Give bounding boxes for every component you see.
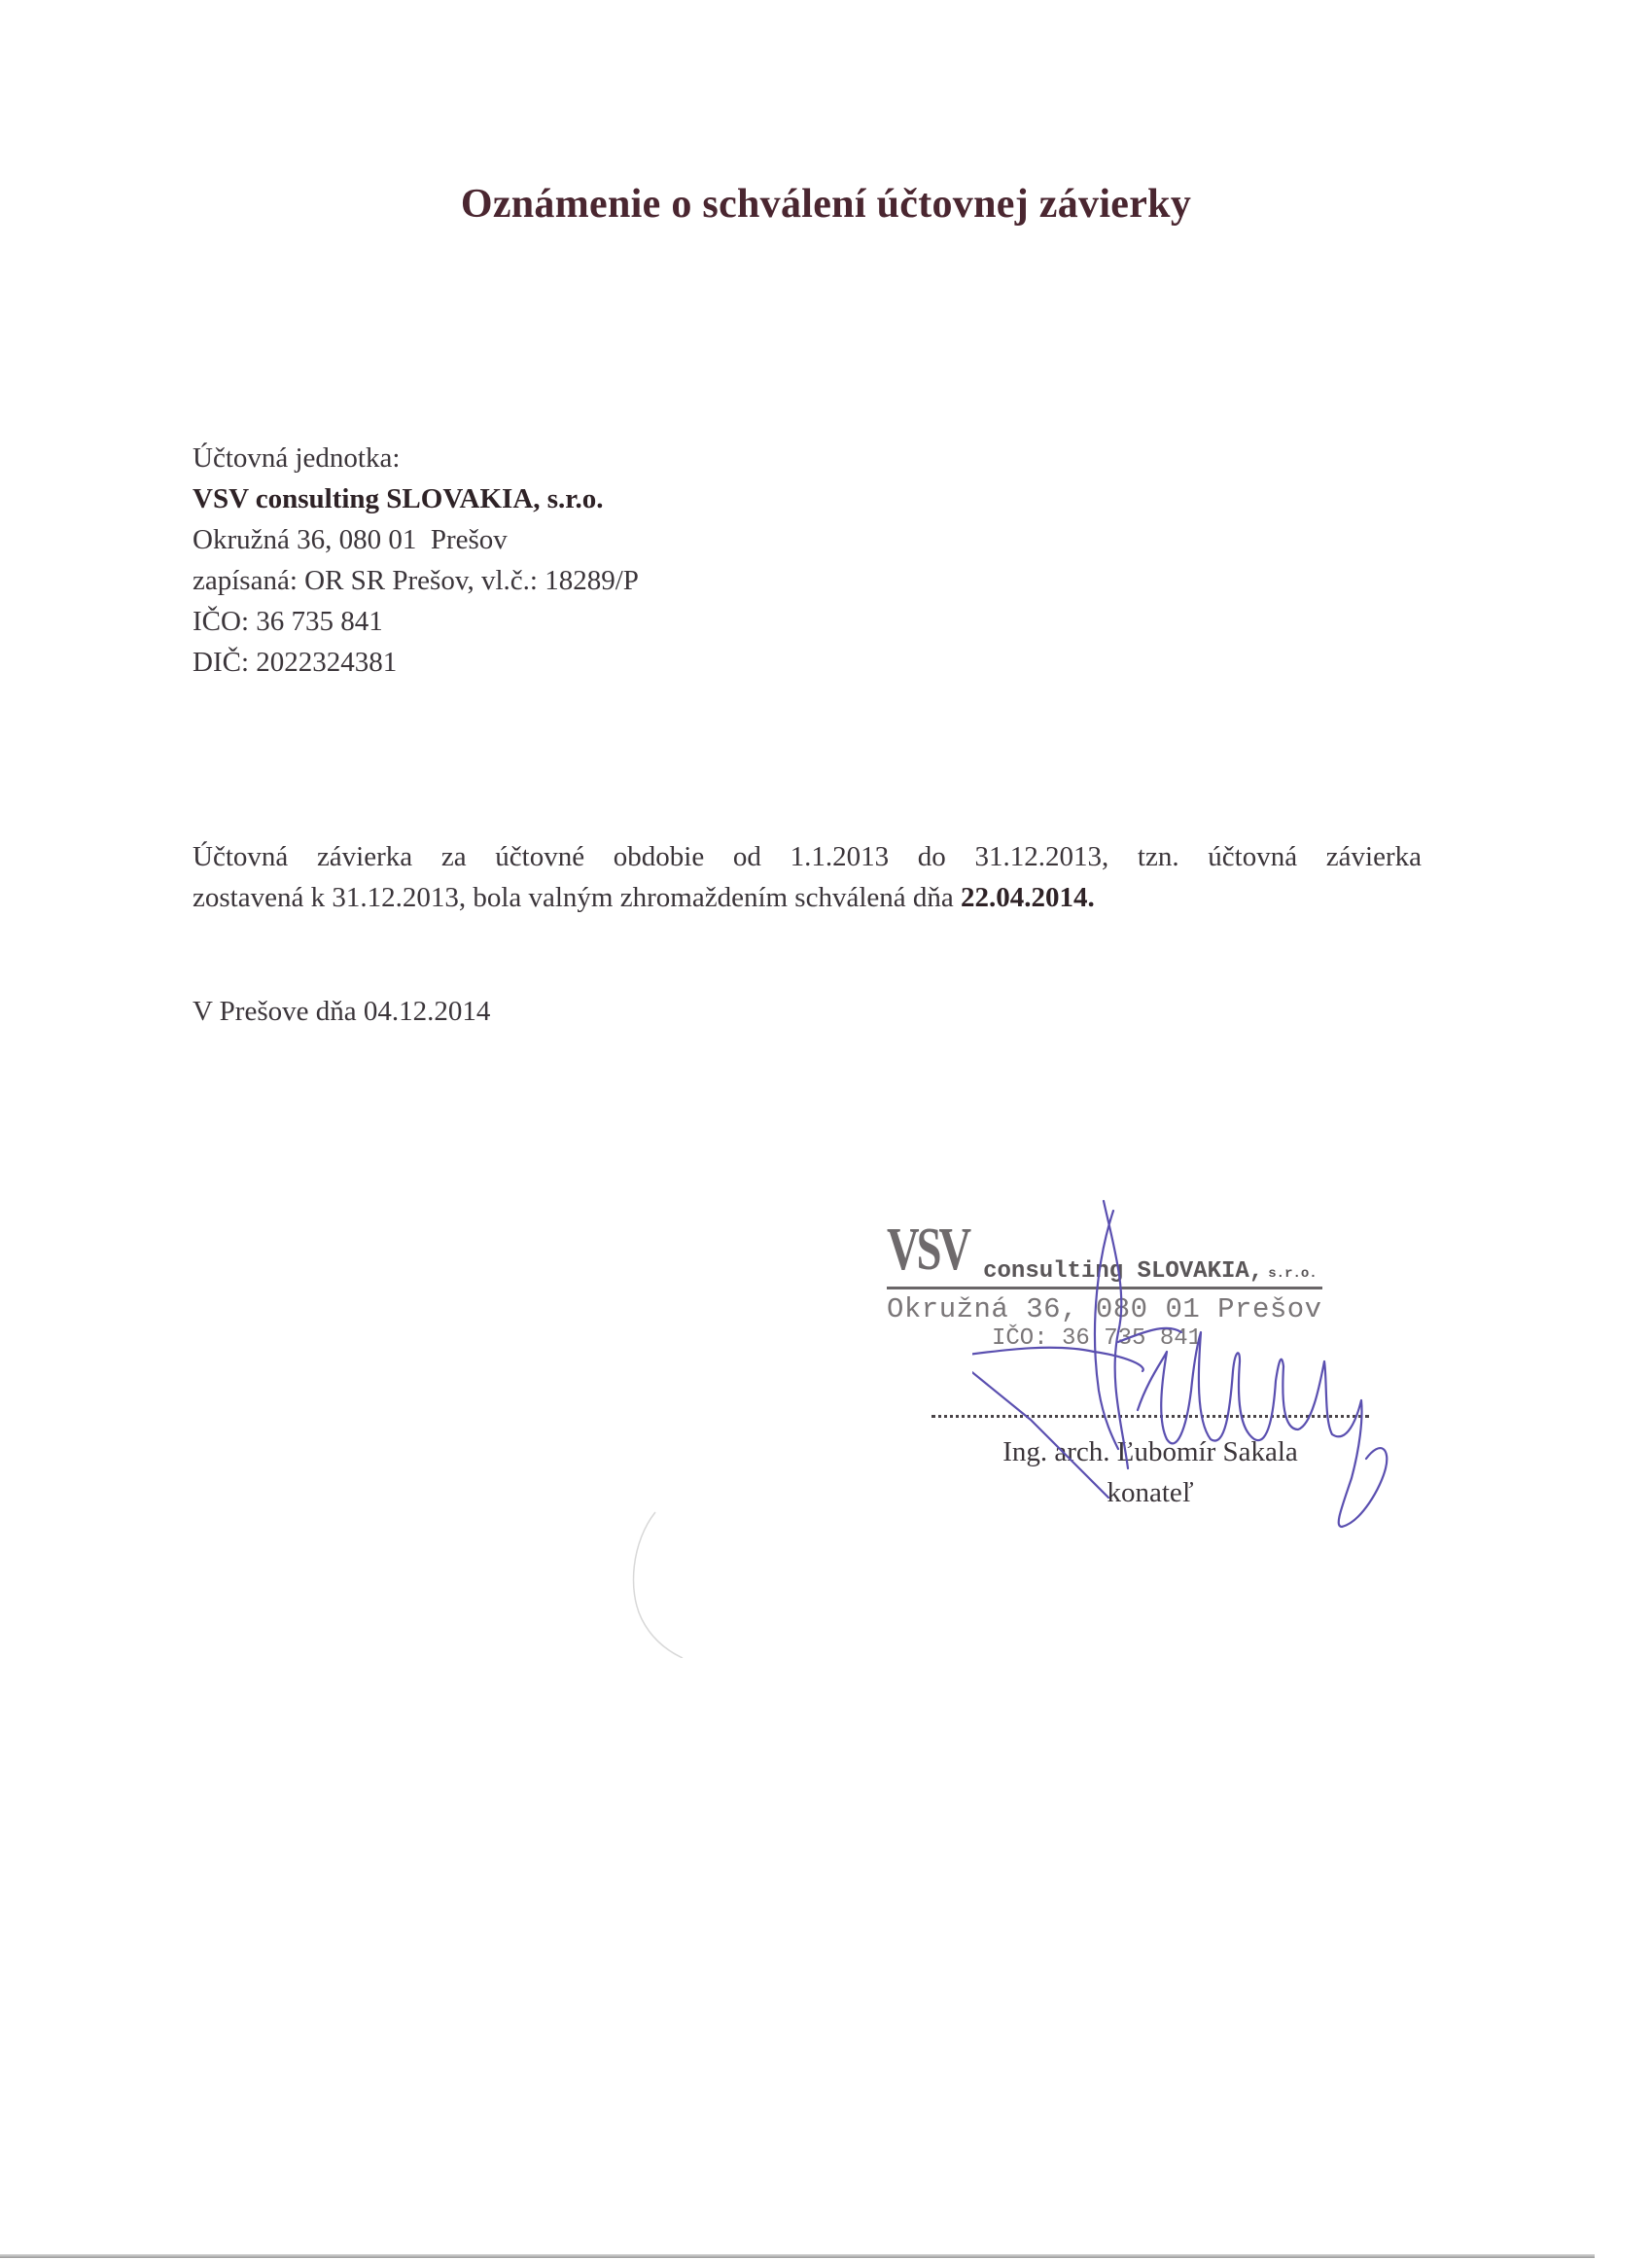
scan-bottom-edge	[0, 2254, 1595, 2258]
entity-ico: IČO: 36 735 841	[193, 601, 639, 642]
statement-line-1: Účtovná závierka za účtovné obdobie od 1…	[193, 836, 1422, 877]
approval-date: 22.04.2014.	[961, 882, 1095, 913]
handwritten-signature-icon	[972, 1186, 1420, 1536]
entity-name: VSV consulting SLOVAKIA, s.r.o.	[193, 478, 639, 519]
document-title: Oznámenie o schválení účtovnej závierky	[0, 181, 1652, 228]
entity-dic: DIČ: 2022324381	[193, 642, 639, 683]
statement-paragraph: Účtovná závierka za účtovné obdobie od 1…	[193, 836, 1422, 918]
entity-address: Okružná 36, 080 01 Prešov	[193, 519, 639, 560]
entity-block: Účtovná jednotka: VSV consulting SLOVAKI…	[193, 438, 639, 683]
scan-artifact-arc-icon	[622, 1502, 700, 1658]
entity-registration: zapísaná: OR SR Prešov, vl.č.: 18289/P	[193, 560, 639, 601]
entity-label: Účtovná jednotka:	[193, 438, 639, 478]
stamp-logo: VSV	[887, 1216, 968, 1285]
place-and-date: V Prešove dňa 04.12.2014	[193, 996, 490, 1028]
statement-line-2: zostavená k 31.12.2013, bola valným zhro…	[193, 882, 961, 913]
